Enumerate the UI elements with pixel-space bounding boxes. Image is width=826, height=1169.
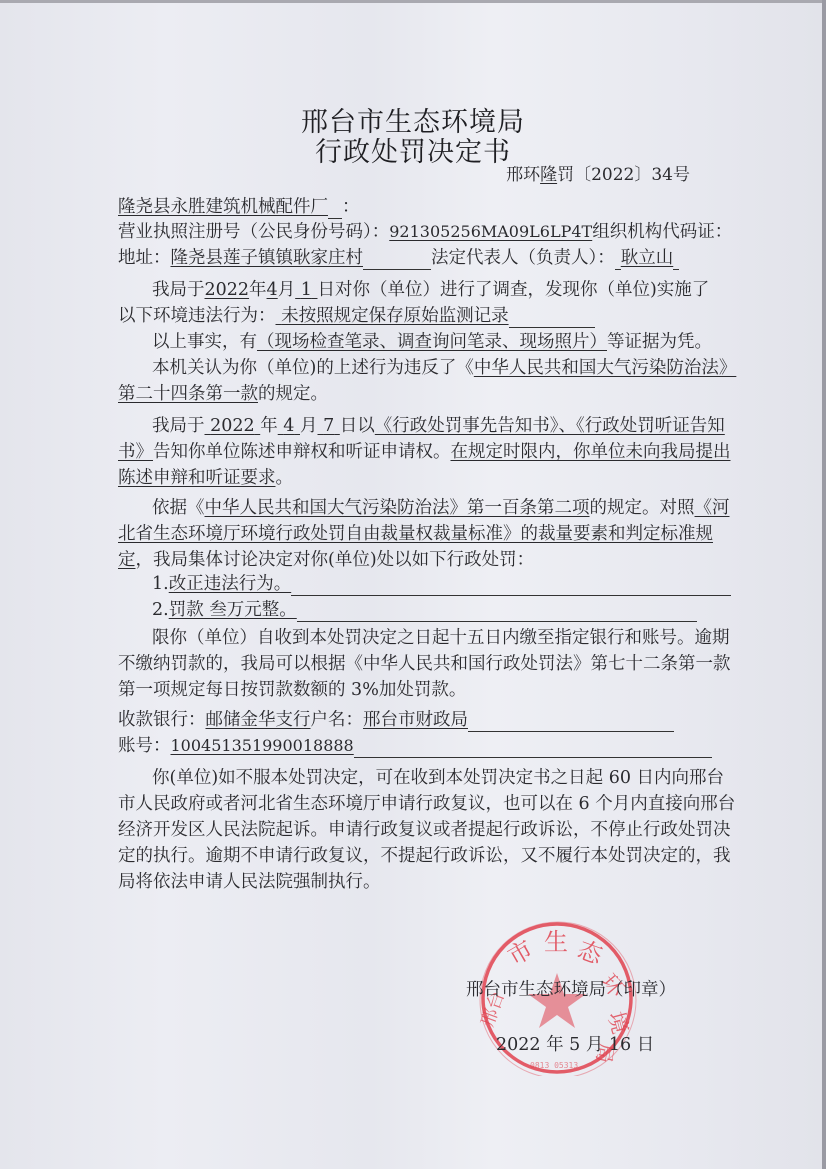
notice-day: 7 bbox=[323, 416, 334, 436]
violation-line: 以下环境违法行为： 未按照规定保存原始监测记录 bbox=[118, 304, 595, 328]
scan-edge-right bbox=[822, 0, 826, 1169]
blank-fill bbox=[468, 711, 674, 732]
scan-edge-top bbox=[0, 0, 826, 3]
doc-number-prefix: 邢环 bbox=[506, 165, 540, 185]
text: 的规定。 bbox=[258, 384, 328, 404]
text: 等证据为凭。 bbox=[607, 332, 712, 352]
evidence-list: （现场检查笔录、调查询问笔录、现场照片） bbox=[257, 332, 607, 352]
text: 日以 bbox=[340, 416, 375, 436]
legal-basis-line-2: 北省生态环境厅环境行政处罚自由裁量权裁量标准》的裁量要素和判定标准规 bbox=[118, 522, 713, 546]
text: 月 bbox=[300, 416, 318, 436]
bank-name: 邮储金华支行 bbox=[206, 710, 311, 730]
penalty-item-1: 1.改正违法行为。 bbox=[152, 572, 731, 596]
investigation-year: 2022 bbox=[205, 280, 250, 300]
party-name: 隆尧县永胜建筑机械配件厂 bbox=[118, 197, 328, 217]
text: 以下环境违法行为： bbox=[118, 306, 276, 326]
blank-fill bbox=[673, 249, 679, 270]
document-number: 邢环隆罚〔2022〕34号 bbox=[506, 160, 690, 185]
appeal-line-3: 经济开发区人民法院起诉。申请行政复议或者提起行政诉讼，不停止行政处罚决 bbox=[118, 818, 731, 842]
account-number-label: 账号： bbox=[118, 736, 171, 756]
violation-description: 未按照规定保存原始监测记录 bbox=[281, 306, 509, 326]
payment-deadline-line-1: 限你（单位）自收到本处罚决定之日起十五日内缴至指定银行和账号。逾期 bbox=[152, 626, 730, 650]
license-number: 921305256MA09L6LP4T bbox=[389, 222, 592, 241]
paragraph-evidence: 以上事实，有（现场检查笔录、调查询问笔录、现场照片）等证据为凭。 bbox=[152, 330, 712, 354]
notice-line-2: 书》告知你单位陈述申辩权和听证申请权。在规定时限内，你单位未向我局提出 bbox=[118, 440, 731, 464]
svg-text:0813 05313: 0813 05313 bbox=[530, 1061, 578, 1070]
blank-fill bbox=[291, 575, 731, 596]
violated-law: 中华人民共和国大气污染防治法》 bbox=[474, 358, 737, 378]
penalty-basis-law: 中华人民共和国大气污染防治法》第一百条第二项 bbox=[205, 498, 590, 518]
payment-deadline-line-2: 不缴纳罚款的，我局可以根据《中华人民共和国行政处罚法》第七十二条第一款 bbox=[118, 652, 731, 676]
appeal-line-4: 定的执行。逾期不申请行政复议，不提起行政诉讼，又不履行本处罚决定的，我 bbox=[118, 844, 731, 868]
legal-basis-line-3: 定，我局集体讨论决定对你(单位)处以如下行政处罚： bbox=[118, 548, 534, 572]
investigation-day: 1 bbox=[301, 280, 312, 300]
bank-label: 收款银行： bbox=[118, 710, 206, 730]
address-value: 隆尧县莲子镇镇耿家庄村 bbox=[171, 248, 364, 268]
notice-documents-cont: 书》 bbox=[118, 442, 153, 462]
investigation-month: 4 bbox=[267, 280, 278, 300]
party-name-suffix: ： bbox=[342, 197, 360, 217]
issuer-signature: 邢台市生态环境局（印章） bbox=[466, 976, 676, 1001]
no-response-statement-cont: 陈述申辩和听证要求 bbox=[118, 468, 276, 488]
blank-fill bbox=[297, 601, 697, 622]
representative-label: 法定代表人（负责人）： bbox=[431, 248, 615, 268]
text: 我局于 bbox=[152, 280, 205, 300]
blank-fill bbox=[509, 307, 595, 328]
text: 以上事实，有 bbox=[152, 332, 257, 352]
text: 年 bbox=[260, 416, 278, 436]
document-type-title: 行政处罚决定书 bbox=[0, 130, 826, 169]
blank-fill bbox=[354, 737, 712, 758]
notice-year: 2022 bbox=[210, 416, 255, 436]
license-label: 营业执照注册号（公民身份号码）： bbox=[118, 222, 389, 242]
appeal-line-2: 市人民政府或者河北省生态环境厅申请行政复议，也可以在 6 个月内直接向邢台 bbox=[118, 792, 735, 816]
party-name-line: 隆尧县永胜建筑机械配件厂： bbox=[118, 195, 360, 219]
blank-fill bbox=[363, 249, 431, 270]
no-response-statement: 在规定时限内，你单位未向我局提出 bbox=[451, 442, 731, 462]
paragraph-legal-basis: 依据《中华人民共和国大气污染防治法》第一百条第二项的规定。对照《河 bbox=[152, 496, 730, 520]
account-name: 邢台市财政局 bbox=[363, 710, 468, 730]
penalty-number: 1. bbox=[152, 574, 169, 594]
payment-deadline-line-3: 第一项规定每日按罚款数额的 3%加处罚款。 bbox=[118, 678, 466, 702]
text: 的规定。对照 bbox=[590, 498, 695, 518]
legal-article-line: 第二十四条第一款的规定。 bbox=[118, 382, 328, 406]
blank-fill bbox=[328, 198, 342, 219]
org-code-label: 组织机构代码证： bbox=[592, 222, 732, 242]
discretion-standard: 《河 bbox=[695, 498, 730, 518]
account-line: 账号：100451351990018888 bbox=[118, 734, 712, 758]
paragraph-investigation: 我局于2022年4月 1 日对你（单位）进行了调查，发现你（单位)实施了 bbox=[152, 278, 709, 302]
doc-number-county: 隆 bbox=[540, 165, 557, 185]
paragraph-notice: 我局于 2022 年 4 月 7 日以《行政处罚事先告知书》、《行政处罚听证告知 bbox=[152, 414, 725, 438]
issue-date: 2022 年 5 月 16 日 bbox=[496, 1031, 654, 1056]
text: 月 bbox=[278, 280, 296, 300]
penalty-fine-amount: 罚款 叁万元整。 bbox=[169, 600, 297, 620]
violated-article: 第二十四条第一款 bbox=[118, 384, 258, 404]
notice-month: 4 bbox=[283, 416, 294, 436]
penalty-number: 2. bbox=[152, 600, 169, 620]
representative-name: 耿立山 bbox=[621, 248, 674, 268]
text: 年 bbox=[249, 280, 267, 300]
appeal-line-5: 局将依法申请人民法院强制执行。 bbox=[118, 870, 381, 894]
paragraph-legal-violation: 本机关认为你（单位)的上述行为违反了《中华人民共和国大气污染防治法》 bbox=[152, 356, 736, 380]
doc-number-suffix: 罚〔2022〕34号 bbox=[557, 165, 690, 185]
text: 依据《 bbox=[152, 498, 205, 518]
text: 日对你（单位）进行了调查，发现你（单位)实施了 bbox=[317, 280, 709, 300]
license-line: 营业执照注册号（公民身份号码）：921305256MA09L6LP4T组织机构代… bbox=[118, 220, 732, 244]
discretion-standard-end: 定 bbox=[118, 550, 136, 570]
penalty-item-2: 2.罚款 叁万元整。 bbox=[152, 598, 697, 622]
text: 告知你单位陈述申辩权和听证申请权。 bbox=[153, 442, 451, 462]
discretion-standard-cont: 北省生态环境厅环境行政处罚自由裁量权裁量标准》的裁量要素和判定标准规 bbox=[118, 524, 713, 544]
notice-documents: 《行政处罚事先告知书》、《行政处罚听证告知 bbox=[375, 416, 725, 436]
account-name-label: 户名： bbox=[311, 710, 364, 730]
appeal-line-1: 你(单位)如不服本处罚决定，可在收到本处罚决定书之日起 60 日内向邢台 bbox=[152, 766, 724, 790]
svg-text:生: 生 bbox=[544, 928, 568, 956]
text: ，我局集体讨论决定对你(单位)处以如下行政处罚： bbox=[136, 550, 535, 570]
notice-line-3: 陈述申辩和听证要求。 bbox=[118, 466, 293, 490]
address-label: 地址： bbox=[118, 248, 171, 268]
text: 我局于 bbox=[152, 416, 205, 436]
bank-line: 收款银行：邮储金华支行户名：邢台市财政局 bbox=[118, 708, 674, 732]
address-line: 地址：隆尧县莲子镇镇耿家庄村法定代表人（负责人）：耿立山 bbox=[118, 246, 679, 270]
text: 本机关认为你（单位)的上述行为违反了《 bbox=[152, 358, 474, 378]
penalty-correct-violation: 改正违法行为。 bbox=[169, 574, 292, 594]
account-number: 100451351990018888 bbox=[171, 736, 354, 755]
text: 。 bbox=[276, 468, 294, 488]
